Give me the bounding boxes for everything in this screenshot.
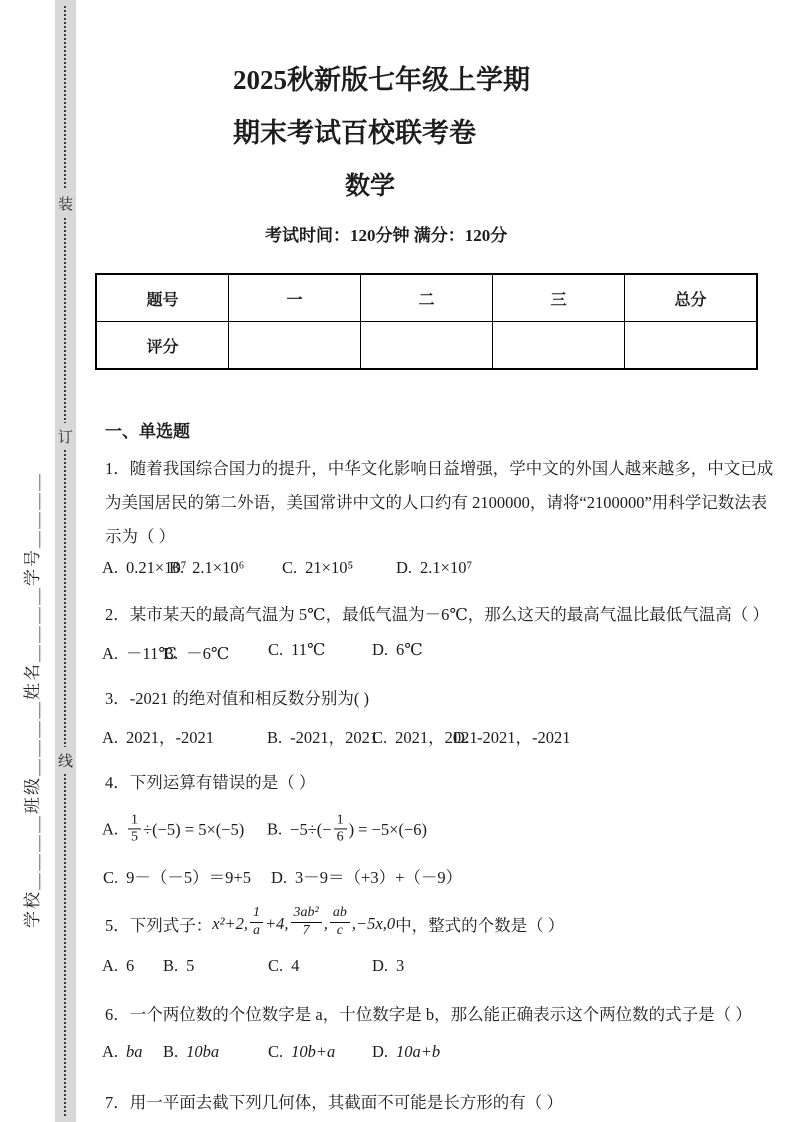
q5-stem: 5．下列式子： x²+2, 1a +4, 3ab²7 , abc ,−5x,0 … xyxy=(102,898,780,950)
q1-option-b: B.2.1×10⁶ xyxy=(169,558,244,578)
q3-stem: 3．-2021 的绝对值和相反数分别为( ) xyxy=(102,682,780,716)
q4-stem: 4．下列运算有错误的是（ ） xyxy=(102,766,780,800)
q4-option-c: C.9－（－5）＝9+5 xyxy=(103,864,251,888)
q4-option-d: D.3－9＝（+3）+（－9） xyxy=(271,864,462,888)
q6-option-c: C.10b+a xyxy=(268,1042,335,1062)
q2-options: A.－11℃ B.－6℃ C.11℃ D.6℃ xyxy=(102,640,780,666)
score-row-label: 评分 xyxy=(96,322,229,370)
q1-stem-line2: 为美国居民的第二外语，美国常讲中文的人口约有 2100000，请将“210000… xyxy=(102,486,780,520)
q1-option-c: C.21×10⁵ xyxy=(282,558,353,578)
score-table: 题号 一 二 三 总分 评分 xyxy=(95,273,758,370)
q2-option-b: B.－6℃ xyxy=(163,640,229,664)
q4-options-row1: A.15÷(−5) = 5×(−5) B.−5÷(−16) = −5×(−6) xyxy=(102,804,780,858)
q5-option-b: B.5 xyxy=(163,956,194,976)
q1-stem-line3: 示为（ ） xyxy=(102,520,780,554)
q3-option-a: A.2021，-2021 xyxy=(102,724,214,748)
binding-char-xian: 线 xyxy=(55,747,76,774)
q5-option-a: A.6 xyxy=(102,956,134,976)
q6-stem: 6．一个两位数的个位数字是 a，十位数字是 b，那么能正确表示这个两位数的式子是… xyxy=(102,998,780,1032)
exam-paper-page: 装 订 线 学校＿＿＿＿班级＿＿＿＿姓名＿＿＿＿学号＿＿＿＿ 2025秋新版七年… xyxy=(0,0,793,1122)
section-title-single-choice: 一、单选题 xyxy=(105,420,780,444)
q5-math-2: +4, xyxy=(265,914,289,934)
score-table-cell-three: 三 xyxy=(493,274,625,322)
q4-option-a: A.15÷(−5) = 5×(−5) xyxy=(102,814,244,847)
q3-option-b: B.-2021，2021 xyxy=(267,724,378,748)
fraction: 1a xyxy=(250,905,263,938)
q6-option-d: D.10a+b xyxy=(372,1042,440,1062)
q6-option-b: B.10ba xyxy=(163,1042,219,1062)
q3-options: A.2021，-2021 B.-2021，2021 C.2021，2021 D.… xyxy=(102,724,780,750)
score-table-header-row: 题号 一 二 三 总分 xyxy=(96,274,757,322)
question-1: 1．随着我国综合国力的提升，中华文化影响日益增强，学中文的外国人越来越多，中文已… xyxy=(102,452,780,584)
q1-options: A.0.21×10⁷ B.2.1×10⁶ C.21×10⁵ D.2.1×10⁷ xyxy=(102,558,780,584)
question-5: 5．下列式子： x²+2, 1a +4, 3ab²7 , abc ,−5x,0 … xyxy=(102,898,780,982)
score-cell-empty xyxy=(625,322,758,370)
q2-option-d: D.6℃ xyxy=(372,640,423,660)
q2-option-c: C.11℃ xyxy=(268,640,326,660)
q5-options: A.6 B.5 C.4 D.3 xyxy=(102,956,780,982)
question-6: 6．一个两位数的个位数字是 a，十位数字是 b，那么能正确表示这个两位数的式子是… xyxy=(102,998,780,1068)
q5-math-3: , xyxy=(324,914,328,934)
fraction: abc xyxy=(330,905,350,938)
paper-title-line1: 2025秋新版七年级上学期 xyxy=(233,62,780,98)
score-cell-empty xyxy=(493,322,625,370)
fraction: 16 xyxy=(334,812,347,845)
exam-info: 考试时间：120分钟 满分：120分 xyxy=(265,225,780,247)
score-table-cell-total: 总分 xyxy=(625,274,758,322)
q6-option-a: A.ba xyxy=(102,1042,143,1062)
q5-math-1: x²+2, xyxy=(212,914,248,934)
q4-option-b: B.−5÷(−16) = −5×(−6) xyxy=(267,814,427,847)
q1-stem-line1: 1．随着我国综合国力的提升，中华文化影响日益增强，学中文的外国人越来越多，中文已… xyxy=(102,452,780,486)
q3-option-d: D.-2021，-2021 xyxy=(453,724,571,748)
question-2: 2．某市某天的最高气温为 5℃，最低气温为－6℃，那么这天的最高气温比最低气温高… xyxy=(102,598,780,666)
score-cell-empty xyxy=(229,322,361,370)
student-info-fields: 学校＿＿＿＿班级＿＿＿＿姓名＿＿＿＿学号＿＿＿＿ xyxy=(18,370,46,1030)
q6-options: A.ba B.10ba C.10b+a D.10a+b xyxy=(102,1042,780,1068)
question-4: 4．下列运算有错误的是（ ） A.15÷(−5) = 5×(−5) B.−5÷(… xyxy=(102,766,780,890)
q2-stem: 2．某市某天的最高气温为 5℃，最低气温为－6℃，那么这天的最高气温比最低气温高… xyxy=(102,598,780,632)
q5-option-d: D.3 xyxy=(372,956,404,976)
score-cell-empty xyxy=(361,322,493,370)
question-7: 7．用一平面去截下列几何体，其截面不可能是长方形的有（ ） xyxy=(102,1086,780,1120)
binding-char-zhuang: 装 xyxy=(55,190,76,217)
score-table-cell-one: 一 xyxy=(229,274,361,322)
fraction: 3ab²7 xyxy=(291,905,322,938)
paper-title-line2: 期末考试百校联考卷 xyxy=(233,115,780,151)
paper-subject: 数学 xyxy=(345,171,780,203)
q5-option-c: C.4 xyxy=(268,956,299,976)
q4-options-row2: C.9－（－5）＝9+5 D.3－9＝（+3）+（－9） xyxy=(102,864,780,890)
q5-math-4: ,−5x,0 xyxy=(352,914,395,934)
fraction: 15 xyxy=(128,812,141,845)
binding-strip: 装 订 线 xyxy=(55,0,76,1122)
binding-dotted-line xyxy=(64,6,66,1116)
q1-option-d: D.2.1×10⁷ xyxy=(396,558,472,578)
q7-stem: 7．用一平面去截下列几何体，其截面不可能是长方形的有（ ） xyxy=(102,1086,780,1120)
paper-content: 2025秋新版七年级上学期 期末考试百校联考卷 数学 考试时间：120分钟 满分… xyxy=(102,0,780,1120)
binding-char-ding: 订 xyxy=(55,423,76,450)
question-3: 3．-2021 的绝对值和相反数分别为( ) A.2021，-2021 B.-2… xyxy=(102,682,780,750)
score-table-cell-two: 二 xyxy=(361,274,493,322)
score-table-cell-tihao: 题号 xyxy=(96,274,229,322)
score-table-score-row: 评分 xyxy=(96,322,757,370)
